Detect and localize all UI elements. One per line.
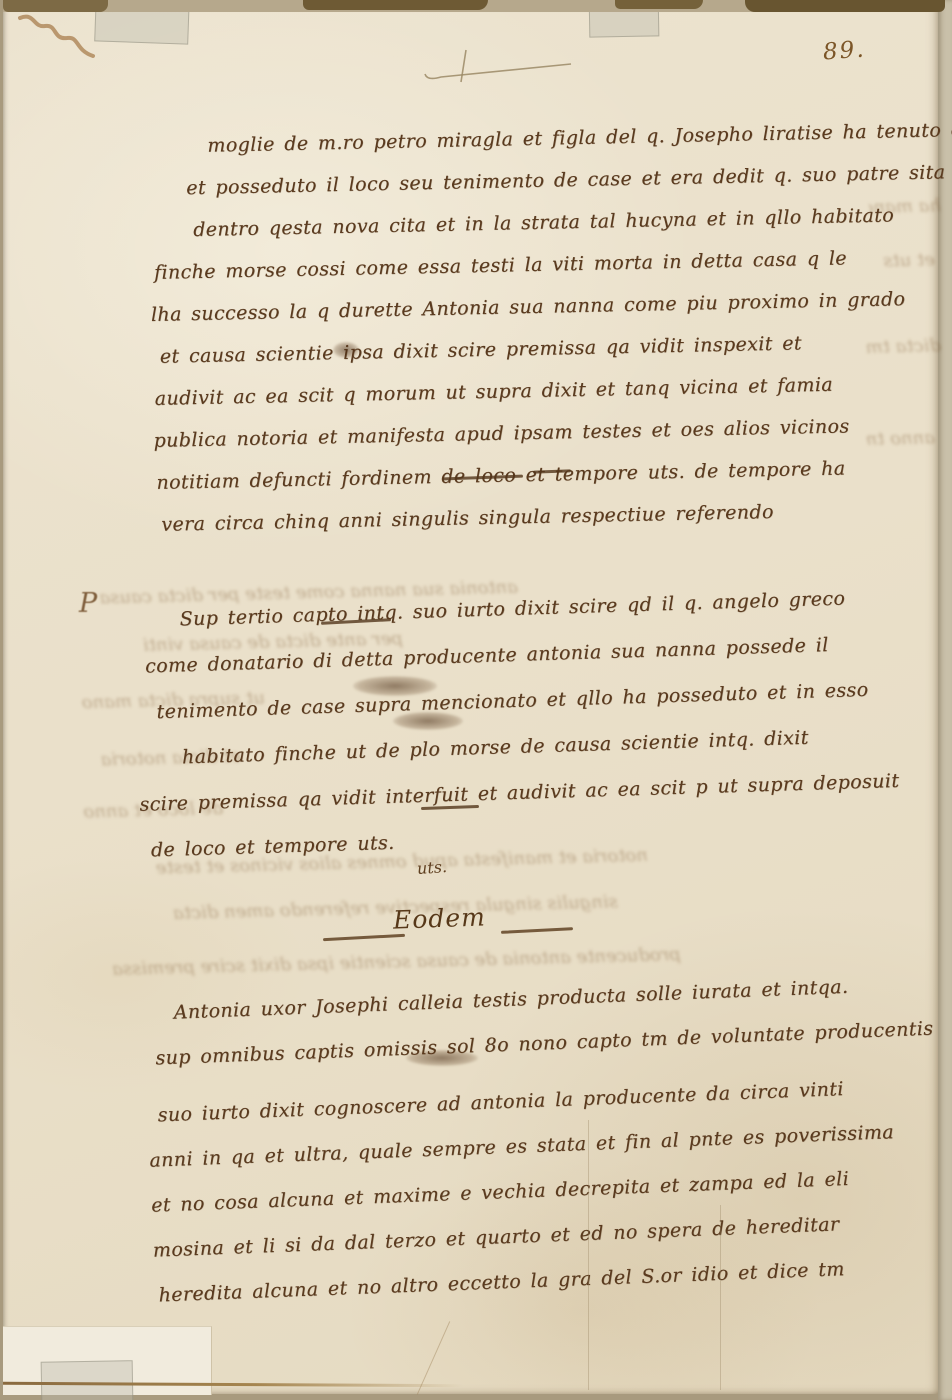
bleedthrough-line: singulis singula respective referendo am…	[98, 891, 619, 931]
ink-blot	[406, 1050, 478, 1066]
folio-number: 89.	[822, 37, 866, 66]
torn-top-edge	[3, 0, 938, 12]
torn-edge-fragment	[745, 0, 945, 12]
torn-edge-fragment	[615, 0, 703, 9]
ink-blot	[393, 712, 463, 730]
margin-mark: P	[79, 588, 97, 619]
manuscript-page: antonia sua nanna come teste per dicta c…	[3, 0, 938, 1394]
torn-edge-fragment	[3, 0, 108, 12]
paragraph-2: Sup tertio capto intq. suo iurto dixit s…	[129, 574, 902, 874]
torn-edge-fragment	[303, 0, 488, 10]
ink-squiggle-mark	[15, 10, 100, 62]
manuscript-scan: antonia sua nanna come teste per dicta c…	[0, 0, 952, 1400]
heading-flourish	[501, 927, 573, 934]
paragraph-3: Antonia uxor Josephi calleia testis prod…	[139, 962, 943, 1319]
invocation-cross-mark	[411, 46, 581, 86]
interlinear-note: uts.	[416, 857, 447, 878]
ink-blot	[353, 676, 437, 696]
paragraph-1: moglie de m.ro petro miragla et figla de…	[147, 108, 952, 546]
tape-repair-patch	[41, 1360, 134, 1400]
paper-crease	[720, 1205, 721, 1390]
section-heading-eodem: Eodem	[393, 902, 487, 934]
heading-flourish	[323, 934, 405, 941]
ink-blot	[333, 342, 359, 358]
paper-crease	[588, 1120, 589, 1390]
